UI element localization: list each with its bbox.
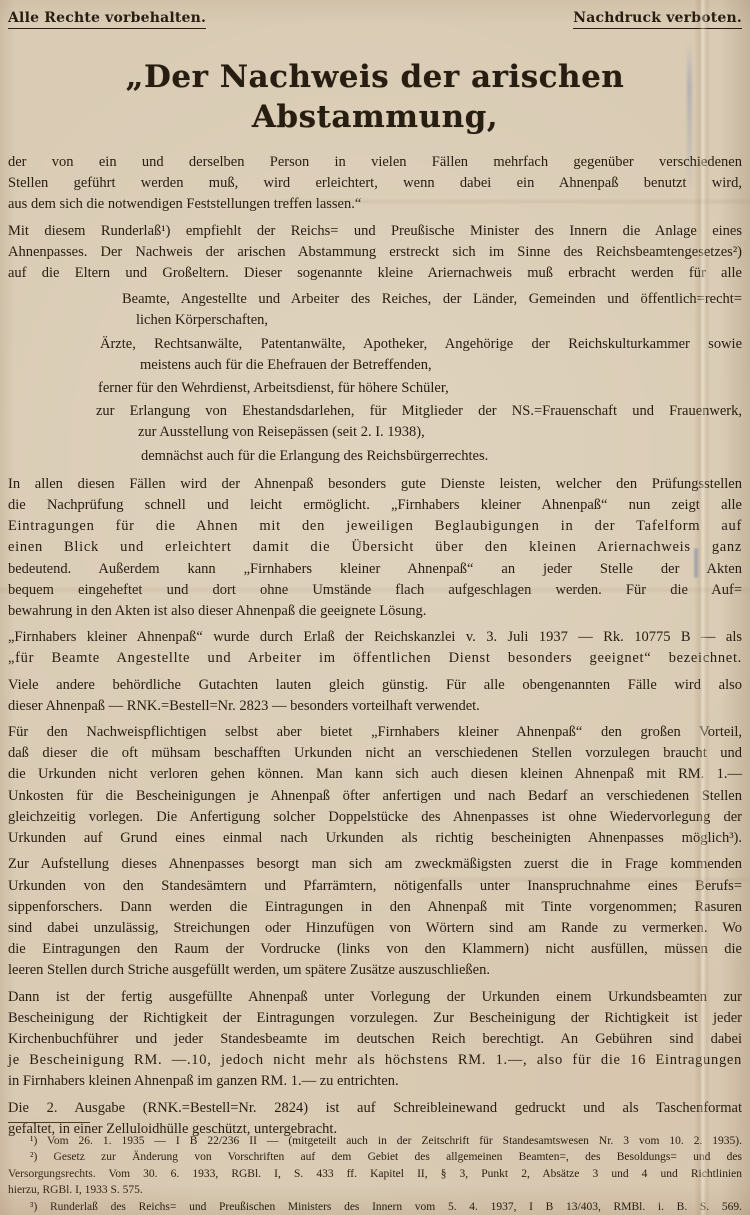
- footnote-line: Versorgungsrechts. Vom 30. 6. 1933, RGBl…: [8, 1166, 742, 1182]
- text-line: Zur Aufstellung dieses Ahnenpasses besor…: [8, 854, 742, 875]
- document-title: „Der Nachweis der arischen Abstammung,: [8, 57, 742, 137]
- list-item-line: zur Ausstellung von Reisepässen (seit 2.…: [8, 422, 742, 443]
- text-line: die Eintragungen den Raum der Vordrucke …: [8, 939, 742, 960]
- text-line: daß dieser die oft mühsam beschafften Ur…: [8, 743, 742, 764]
- text-line: gleichzeitig vorlegen. Die Anfertigung s…: [8, 807, 742, 828]
- rights-notice-right: Nachdruck verboten.: [573, 10, 742, 29]
- paragraph-reichskanzlei-erlass: „Firnhabers kleiner Ahnenpaß“ wurde durc…: [8, 627, 742, 669]
- text-line: Bescheinigung der Richtigkeit der Eintra…: [8, 1008, 742, 1029]
- body-text: der von ein und derselben Person in viel…: [8, 152, 742, 1140]
- footnote-line: ³) Runderlaß des Reichs= und Preußischen…: [8, 1199, 742, 1215]
- text-line: Unkosten für die Bescheinigungen je Ahne…: [8, 786, 742, 807]
- requirement-list: Beamte, Angestellte und Arbeiter des Rei…: [8, 289, 742, 467]
- text-line: Eintragungen für die Ahnen mit den jewei…: [8, 516, 742, 537]
- list-item-line: Beamte, Angestellte und Arbeiter des Rei…: [8, 289, 742, 310]
- list-item-line: meistens auch für die Ehefrauen der Betr…: [8, 355, 742, 376]
- footnote-separator: [8, 1122, 90, 1123]
- text-line: auf die Eltern und Großeltern. Dieser so…: [8, 263, 742, 284]
- rights-notice-left: Alle Rechte vorbehalten.: [8, 10, 206, 29]
- list-item-line: zur Erlangung von Ehestandsdarlehen, für…: [8, 401, 742, 422]
- paragraph-aufstellung: Zur Aufstellung dieses Ahnenpasses besor…: [8, 854, 742, 981]
- text-line: Viele andere behördliche Gutachten laute…: [8, 675, 742, 696]
- text-line: „für Beamte Angestellte und Arbeiter im …: [8, 648, 742, 669]
- text-line: Urkunden auf Grund eines einmal nach Urk…: [8, 828, 742, 849]
- footnote-line: ²) Gesetz zur Änderung von Vorschriften …: [8, 1149, 742, 1165]
- footnote-2: ²) Gesetz zur Änderung von Vorschriften …: [8, 1149, 742, 1198]
- footnote-line: hierzu, RGBl. I, 1933 S. 575.: [8, 1182, 742, 1198]
- text-line: sippenforschers. Dann werden die Eintrag…: [8, 897, 742, 918]
- paragraph-faelle: In allen diesen Fällen wird der Ahnenpaß…: [8, 474, 742, 622]
- text-line: Stellen geführt werden muß, wird erleich…: [8, 173, 742, 194]
- footnote-3: ³) Runderlaß des Reichs= und Preußischen…: [8, 1199, 742, 1215]
- text-line: bedeutend. Außerdem kann „Firnhabers kle…: [8, 559, 742, 580]
- text-line: bequem eingeheftet und dort ohne Umständ…: [8, 580, 742, 601]
- text-line: die Urkunden nicht verloren gehen können…: [8, 764, 742, 785]
- paragraph-vorteil: Für den Nachweispflichtigen selbst aber …: [8, 722, 742, 849]
- list-item: Ärzte, Rechtsanwälte, Patentanwälte, Apo…: [8, 334, 742, 376]
- text-line: Mit diesem Runderlaß¹) empfiehlt der Rei…: [8, 221, 742, 242]
- text-line: einen Blick und erleichtert damit die Üb…: [8, 537, 742, 558]
- text-line: die Nachprüfung schnell und leicht ermög…: [8, 495, 742, 516]
- text-line: Urkunden von den Standesämtern und Pfarr…: [8, 876, 742, 897]
- text-line: Kirchenbuchführer und jeder Standesbeamt…: [8, 1029, 742, 1050]
- text-line: in Firnhabers kleinen Ahnenpaß im ganzen…: [8, 1071, 742, 1092]
- text-line: In allen diesen Fällen wird der Ahnenpaß…: [8, 474, 742, 495]
- text-line: bewahrung in den Akten ist also dieser A…: [8, 601, 742, 622]
- list-item: zur Erlangung von Ehestandsdarlehen, für…: [8, 401, 742, 443]
- text-line: Ahnenpasses. Der Nachweis der arischen A…: [8, 242, 742, 263]
- paragraph-bescheinigung: Dann ist der fertig ausgefüllte Ahnenpaß…: [8, 987, 742, 1093]
- text-line: dieser Ahnenpaß — RNK.=Bestell=Nr. 2823 …: [8, 696, 742, 717]
- text-line: Dann ist der fertig ausgefüllte Ahnenpaß…: [8, 987, 742, 1008]
- paragraph-runderlass: Mit diesem Runderlaß¹) empfiehlt der Rei…: [8, 221, 742, 285]
- list-item-line: lichen Körperschaften,: [8, 310, 742, 331]
- masthead: Alle Rechte vorbehalten. Nachdruck verbo…: [8, 10, 742, 29]
- list-item: ferner für den Wehrdienst, Arbeitsdienst…: [8, 378, 742, 399]
- footnotes-section: ¹) Vom 26. 1. 1935 — I B 22/236 II — (mi…: [8, 1122, 742, 1215]
- paragraph-gutachten: Viele andere behördliche Gutachten laute…: [8, 675, 742, 717]
- text-line: aus dem sich die notwendigen Feststellun…: [8, 194, 742, 215]
- text-line: Die 2. Ausgabe (RNK.=Bestell=Nr. 2824) i…: [8, 1098, 742, 1119]
- footnote-line: ¹) Vom 26. 1. 1935 — I B 22/236 II — (mi…: [8, 1133, 742, 1149]
- scanned-document-page: { "document": { "colors": { "paper": "#d…: [0, 0, 750, 1215]
- text-line: sind dabei unzulässig, Streichungen oder…: [8, 918, 742, 939]
- list-item-line: ferner für den Wehrdienst, Arbeitsdienst…: [8, 378, 742, 399]
- intro-paragraph: der von ein und derselben Person in viel…: [8, 152, 742, 216]
- list-item: Beamte, Angestellte und Arbeiter des Rei…: [8, 289, 742, 331]
- text-line: leeren Stellen durch Striche ausgefüllt …: [8, 960, 742, 981]
- list-item-line: Ärzte, Rechtsanwälte, Patentanwälte, Apo…: [8, 334, 742, 355]
- text-line: „Firnhabers kleiner Ahnenpaß“ wurde durc…: [8, 627, 742, 648]
- text-line: Für den Nachweispflichtigen selbst aber …: [8, 722, 742, 743]
- text-line: der von ein und derselben Person in viel…: [8, 152, 742, 173]
- footnote-1: ¹) Vom 26. 1. 1935 — I B 22/236 II — (mi…: [8, 1133, 742, 1149]
- list-item: demnächst auch für die Erlangung des Rei…: [8, 446, 742, 467]
- list-item-line: demnächst auch für die Erlangung des Rei…: [8, 446, 742, 467]
- text-line: je Bescheinigung RM. —.10, jedoch nicht …: [8, 1050, 742, 1071]
- document-sheet: Alle Rechte vorbehalten. Nachdruck verbo…: [0, 0, 750, 1215]
